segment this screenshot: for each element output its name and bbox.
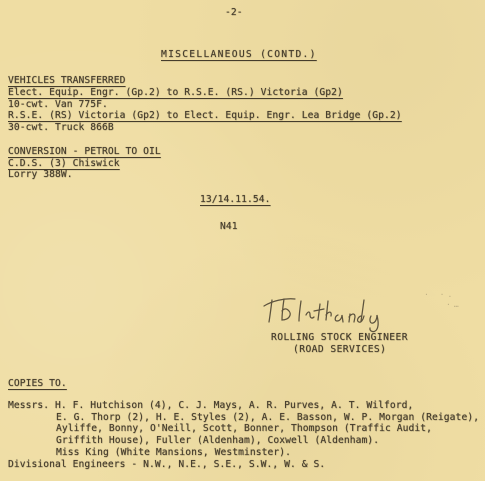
conversion-title: CONVERSION - PETROL TO OIL (8, 146, 161, 157)
pencil-specks: ·… (446, 300, 462, 309)
transfer-route: Elect. Equip. Engr. (Gp.2) to R.S.E. (RS… (8, 87, 343, 98)
vehicles-transferred-title: VEHICLES TRANSFERRED (8, 75, 126, 86)
copies-line: Griffith House), Fuller (Aldenham), Coxw… (56, 435, 379, 446)
copies-line: E. G. Thorp (2), H. E. Styles (2), A. E.… (56, 412, 479, 423)
document-date: 13/14.11.54. (200, 194, 271, 205)
scanned-memo-page: -2- MISCELLANEOUS (CONTD.) VEHICLES TRAN… (0, 0, 485, 481)
transfer-vehicle: 10-cwt. Van 775F. (8, 99, 108, 110)
signatory-role-sub: (ROAD SERVICES) (293, 344, 386, 355)
transfer-vehicle: 30-cwt. Truck 866B (8, 122, 114, 133)
transfer-route: R.S.E. (RS) Victoria (Gp2) to Elect. Equ… (8, 110, 402, 121)
copies-line: Messrs. H. F. Hutchison (4), C. J. Mays,… (8, 400, 413, 411)
divisional-engineers-line: Divisional Engineers - N.W., N.E., S.E.,… (8, 459, 325, 470)
conversion-vehicle: Lorry 388W. (8, 169, 73, 180)
signature-block (258, 291, 408, 335)
copies-to-title: COPIES TO. (8, 378, 67, 389)
page-number: -2- (225, 7, 243, 18)
signature-ink (258, 291, 408, 335)
conversion-site: C.D.S. (3) Chiswick (8, 158, 120, 169)
reference-code: N41 (220, 221, 238, 232)
copies-line: Ayliffe, Bonny, O'Neill, Scott, Bonner, … (56, 423, 432, 434)
signatory-role: ROLLING STOCK ENGINEER (271, 332, 408, 343)
copies-line: Miss King (White Mansions, Westminster). (56, 447, 291, 458)
section-heading: MISCELLANEOUS (CONTD.) (161, 49, 317, 60)
pencil-specks: · ·. (424, 290, 455, 299)
